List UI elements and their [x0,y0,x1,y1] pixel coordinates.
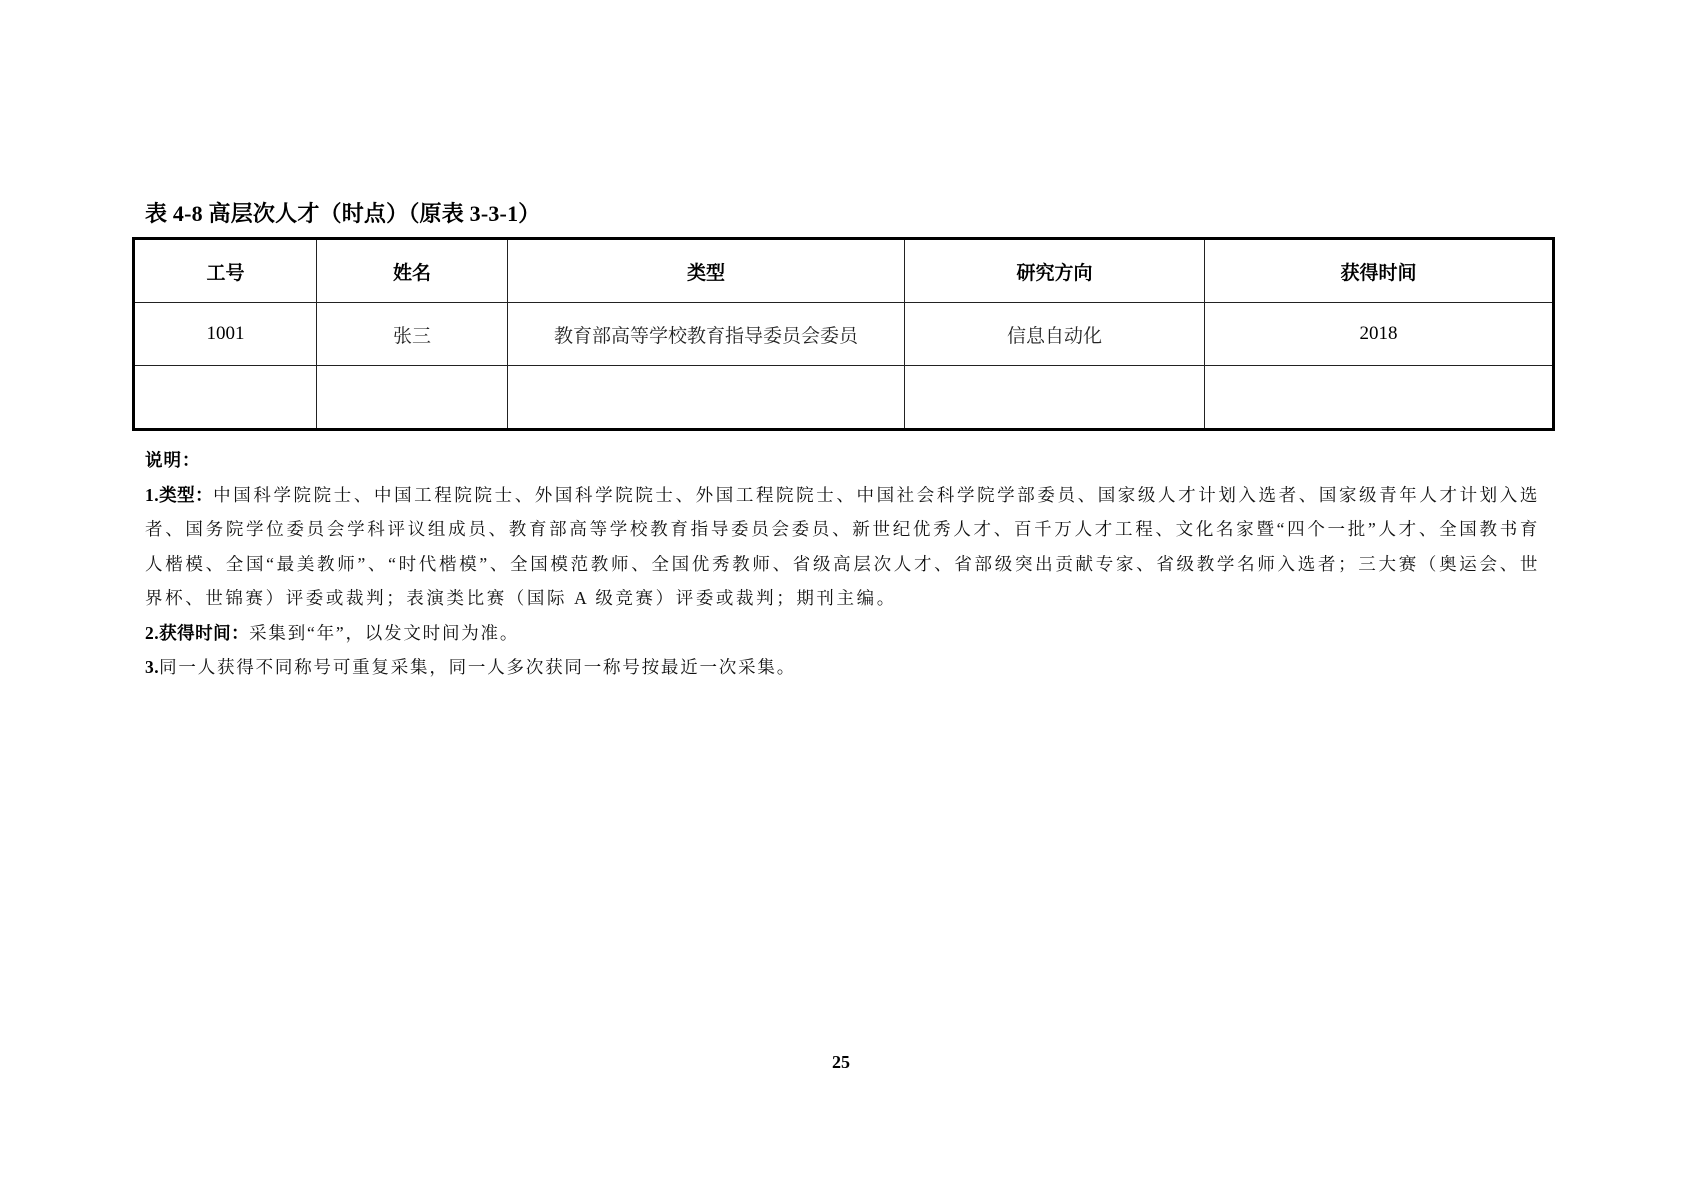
cell-staff-id [134,366,317,430]
cell-name [317,366,508,430]
cell-name: 张三 [317,303,508,366]
cell-type: 教育部高等学校教育指导委员会委员 [508,303,905,366]
table-header-row: 工号 姓名 类型 研究方向 获得时间 [134,239,1554,303]
cell-research-direction [905,366,1205,430]
note-lead: 3. [145,657,159,677]
notes-section: 说明： 1.类型：中国科学院院士、中国工程院院士、外国科学院院士、外国工程院院士… [145,443,1540,685]
note-item-award-time: 2.获得时间：采集到“年”，以发文时间为准。 [145,616,1540,651]
cell-award-year [1205,366,1554,430]
cell-type [508,366,905,430]
note-lead: 1.类型： [145,485,213,505]
note-text: 同一人获得不同称号可重复采集，同一人多次获同一称号按最近一次采集。 [159,657,796,677]
column-header-type: 类型 [508,239,905,303]
cell-staff-id: 1001 [134,303,317,366]
column-header-research-direction: 研究方向 [905,239,1205,303]
table-row [134,366,1554,430]
cell-research-direction: 信息自动化 [905,303,1205,366]
note-text: 采集到“年”，以发文时间为准。 [249,623,519,643]
note-item-type: 1.类型：中国科学院院士、中国工程院院士、外国科学院院士、外国工程院院士、中国社… [145,478,1540,616]
column-header-award-year: 获得时间 [1205,239,1554,303]
table-row: 1001 张三 教育部高等学校教育指导委员会委员 信息自动化 2018 [134,303,1554,366]
notes-heading: 说明： [145,443,1540,478]
column-header-staff-id: 工号 [134,239,317,303]
note-lead: 2.获得时间： [145,623,249,643]
cell-award-year: 2018 [1205,303,1554,366]
document-page: 表 4-8 高层次人才（时点）（原表 3-3-1） 工号 姓名 类型 研究方向 … [0,0,1684,1191]
note-text: 中国科学院院士、中国工程院院士、外国科学院院士、外国工程院院士、中国社会科学院学… [145,485,1540,609]
page-number: 25 [821,1050,861,1074]
column-header-name: 姓名 [317,239,508,303]
table-title: 表 4-8 高层次人才（时点）（原表 3-3-1） [145,200,540,228]
talent-table: 工号 姓名 类型 研究方向 获得时间 1001 张三 教育部高等学校教育指导委员… [132,237,1555,431]
note-item-repeat-rule: 3.同一人获得不同称号可重复采集，同一人多次获同一称号按最近一次采集。 [145,650,1540,685]
